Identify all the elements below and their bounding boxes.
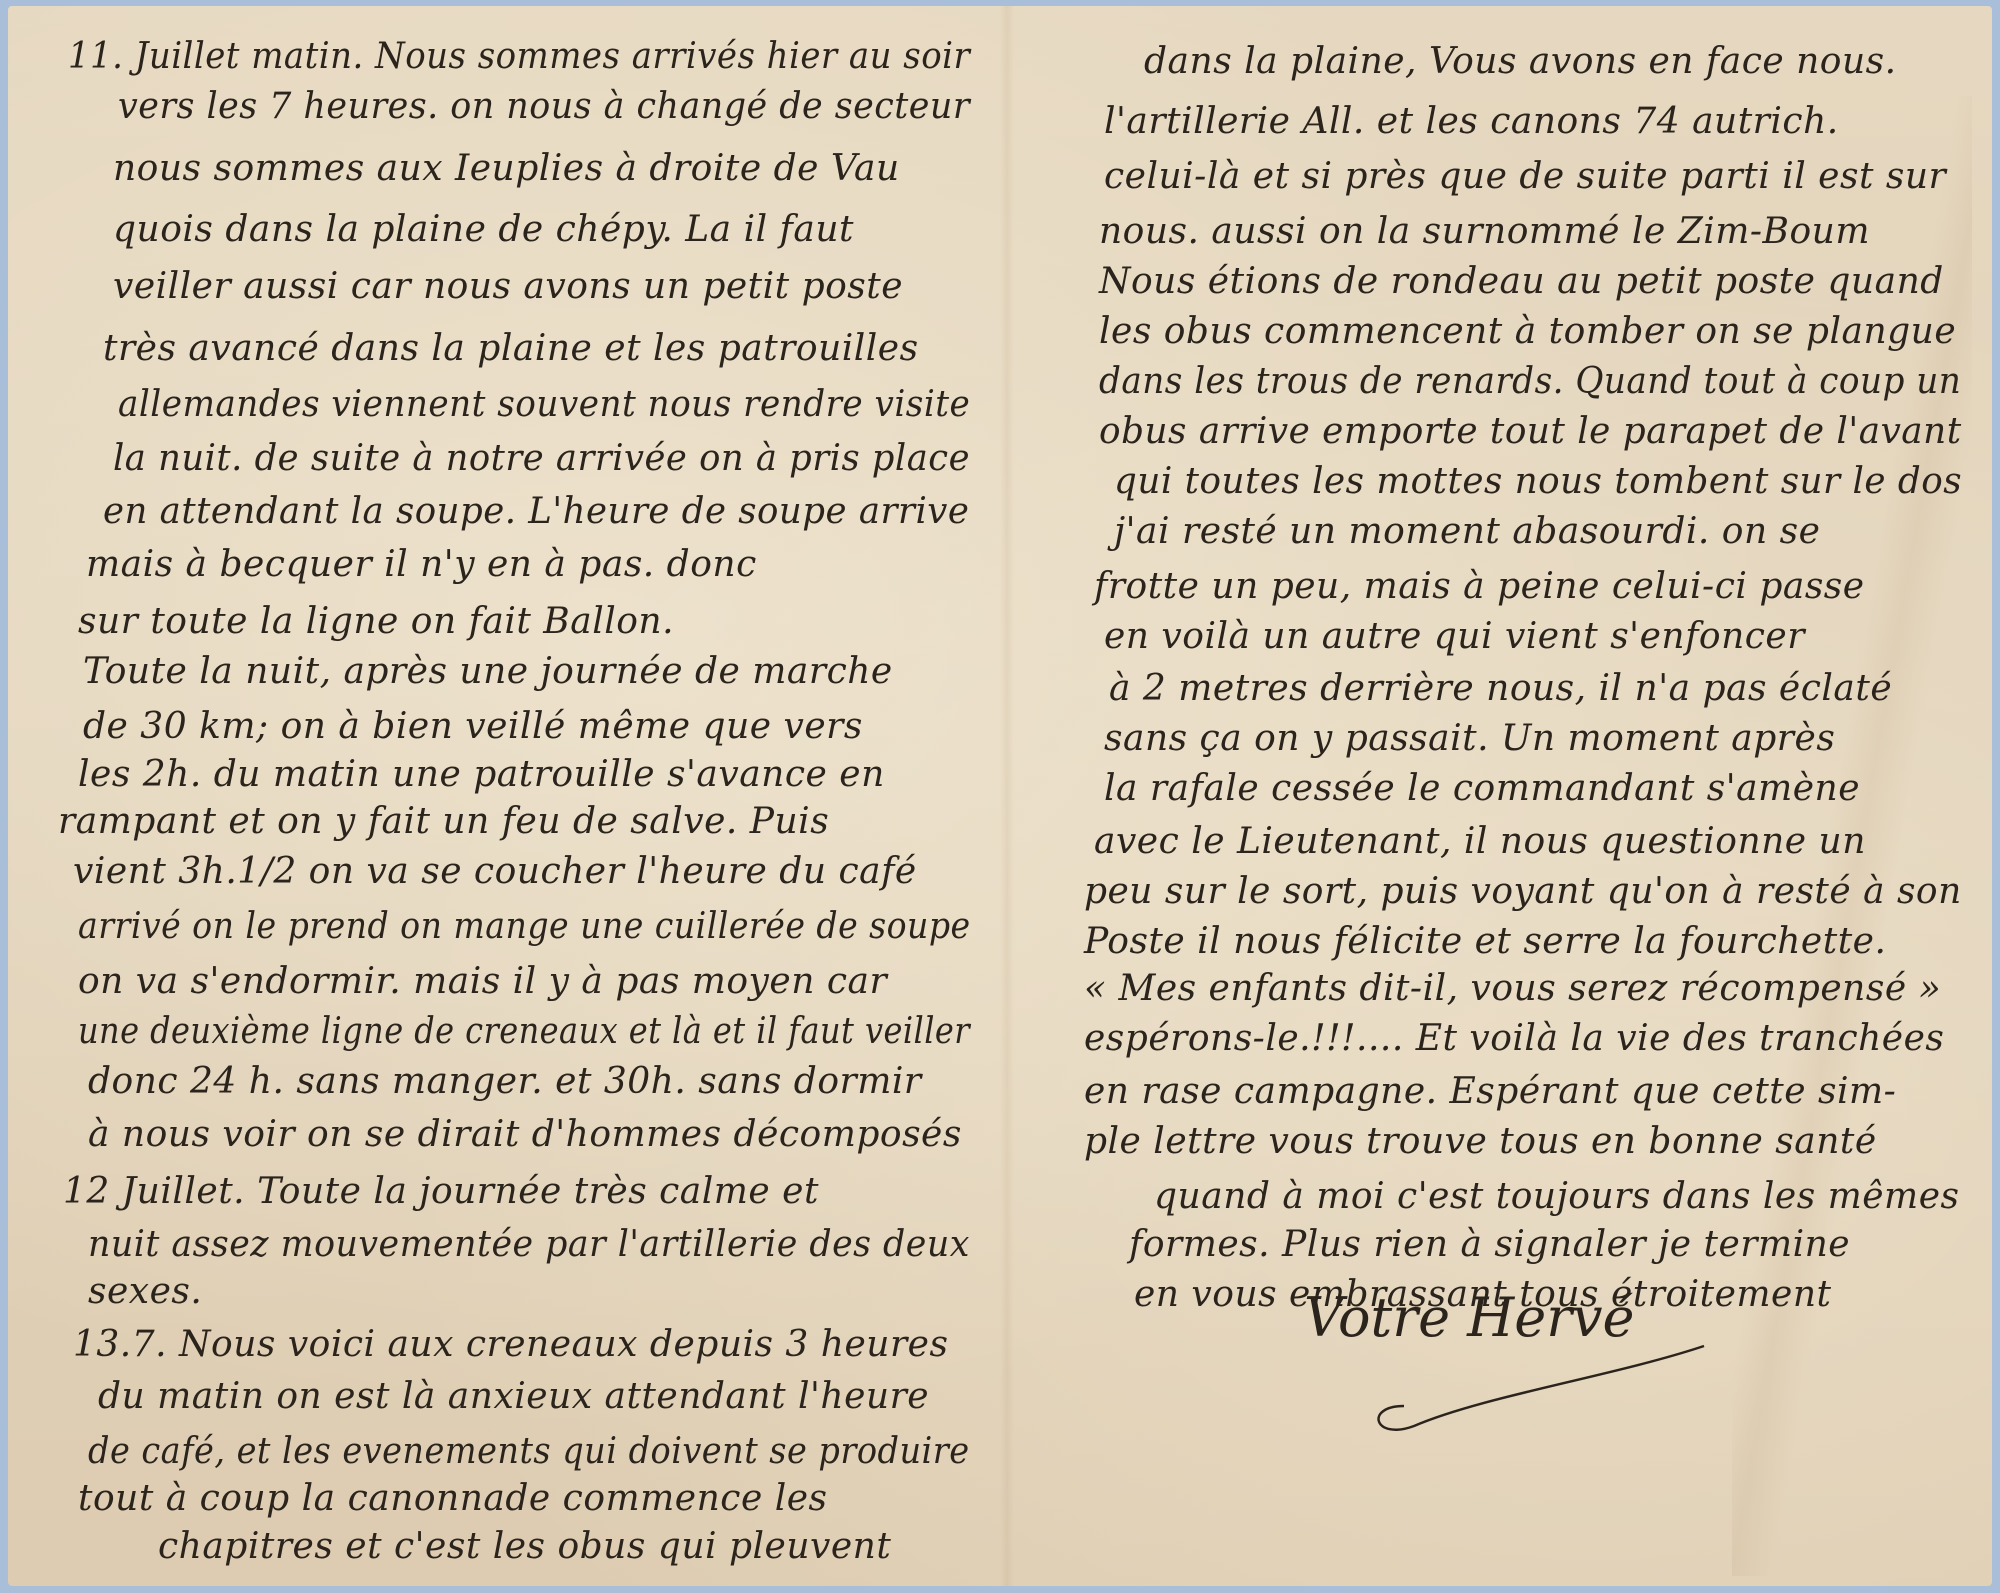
handwritten-line: formes. Plus rien à signaler je termine xyxy=(1129,1224,1850,1265)
handwritten-line: rampant et on y fait un feu de salve. Pu… xyxy=(58,801,829,842)
handwritten-line: les obus commencent à tomber on se plang… xyxy=(1099,311,1956,352)
handwritten-line: ple lettre vous trouve tous en bonne san… xyxy=(1084,1121,1877,1162)
handwritten-line: de café, et les evenements qui doivent s… xyxy=(88,1431,970,1472)
handwritten-line: la rafale cessée le commandant s'amène xyxy=(1104,768,1860,809)
handwritten-line: avec le Lieutenant, il nous questionne u… xyxy=(1094,821,1866,862)
handwritten-line: veiller aussi car nous avons un petit po… xyxy=(113,266,903,307)
handwritten-line: arrivé on le prend on mange une cuilleré… xyxy=(78,906,971,947)
handwritten-line: à 2 metres derrière nous, il n'a pas écl… xyxy=(1109,668,1892,709)
handwritten-line: « Mes enfants dit-il, vous serez récompe… xyxy=(1084,968,1941,1009)
handwritten-line: on va s'endormir. mais il y à pas moyen … xyxy=(78,961,887,1002)
handwritten-line: dans les trous de renards. Quand tout à … xyxy=(1099,361,1961,402)
left-page: 11. Juillet matin. Nous sommes arrivés h… xyxy=(8,6,1000,1586)
handwritten-line: dans la plaine, Vous avons en face nous. xyxy=(1144,41,1897,82)
handwritten-line: nous sommes aux Ieuplies à droite de Vau xyxy=(113,148,900,189)
handwritten-line: vient 3h.1/2 on va se coucher l'heure du… xyxy=(73,851,917,892)
right-page: dans la plaine, Vous avons en face nous.… xyxy=(1014,6,1992,1586)
handwritten-line: qui toutes les mottes nous tombent sur l… xyxy=(1114,461,1962,502)
handwritten-line: vers les 7 heures. on nous à changé de s… xyxy=(118,86,970,127)
handwritten-line: mais à becquer il n'y en à pas. donc xyxy=(86,544,757,585)
handwritten-line: en attendant la soupe. L'heure de soupe … xyxy=(103,491,969,532)
handwritten-line: quand à moi c'est toujours dans les même… xyxy=(1154,1176,1959,1217)
handwritten-line: Toute la nuit, après une journée de marc… xyxy=(83,651,893,692)
signature-flourish-icon xyxy=(1334,1306,1754,1446)
handwritten-line: tout à coup la canonnade commence les xyxy=(78,1478,828,1519)
handwritten-line: de 30 km; on à bien veillé même que vers xyxy=(83,706,863,747)
handwritten-line: nuit assez mouvementée par l'artillerie … xyxy=(88,1224,970,1265)
handwritten-line: sur toute la ligne on fait Ballon. xyxy=(78,601,674,642)
handwritten-line: peu sur le sort, puis voyant qu'on à res… xyxy=(1084,871,1962,912)
handwritten-line: chapitres et c'est les obus qui pleuvent xyxy=(158,1526,891,1567)
handwritten-line: obus arrive emporte tout le parapet de l… xyxy=(1099,411,1962,452)
handwritten-line: 13.7. Nous voici aux creneaux depuis 3 h… xyxy=(73,1324,948,1365)
handwritten-line: allemandes viennent souvent nous rendre … xyxy=(118,384,970,425)
handwritten-line: Poste il nous félicite et serre la fourc… xyxy=(1084,921,1886,962)
handwritten-line: les 2h. du matin une patrouille s'avance… xyxy=(78,754,885,795)
handwritten-line: quois dans la plaine de chépy. La il fau… xyxy=(113,209,854,250)
handwritten-line: donc 24 h. sans manger. et 30h. sans dor… xyxy=(88,1061,922,1102)
handwritten-line: nous. aussi on la surnommé le Zim-Boum xyxy=(1099,211,1870,252)
handwritten-line: du matin on est là anxieux attendant l'h… xyxy=(98,1376,929,1417)
page-fold xyxy=(1000,6,1014,1586)
handwritten-line: à nous voir on se dirait d'hommes décomp… xyxy=(88,1114,962,1155)
handwritten-line: l'artillerie All. et les canons 74 autri… xyxy=(1104,101,1839,142)
handwritten-line: très avancé dans la plaine et les patrou… xyxy=(103,328,919,369)
handwritten-line: Nous étions de rondeau au petit poste qu… xyxy=(1099,261,1944,302)
handwritten-line: sans ça on y passait. Un moment après xyxy=(1104,718,1835,759)
handwritten-line: frotte un peu, mais à peine celui-ci pas… xyxy=(1094,566,1865,607)
handwritten-line: en rase campagne. Espérant que cette sim… xyxy=(1084,1071,1896,1112)
handwritten-line: 11. Juillet matin. Nous sommes arrivés h… xyxy=(68,36,970,77)
handwritten-line: celui-là et si près que de suite parti i… xyxy=(1104,156,1946,197)
handwritten-line: espérons-le.!!!.... Et voilà la vie des … xyxy=(1084,1018,1944,1059)
handwritten-line: en voilà un autre qui vient s'enfoncer xyxy=(1104,616,1805,657)
handwritten-line: la nuit. de suite à notre arrivée on à p… xyxy=(113,438,970,479)
handwritten-line: sexes. xyxy=(88,1271,202,1312)
handwritten-line: une deuxième ligne de creneaux et là et … xyxy=(78,1011,970,1052)
letter-sheet: 11. Juillet matin. Nous sommes arrivés h… xyxy=(8,6,1992,1586)
handwritten-line: j'ai resté un moment abasourdi. on se xyxy=(1114,511,1820,552)
handwritten-line: 12 Juillet. Toute la journée très calme … xyxy=(63,1171,819,1212)
